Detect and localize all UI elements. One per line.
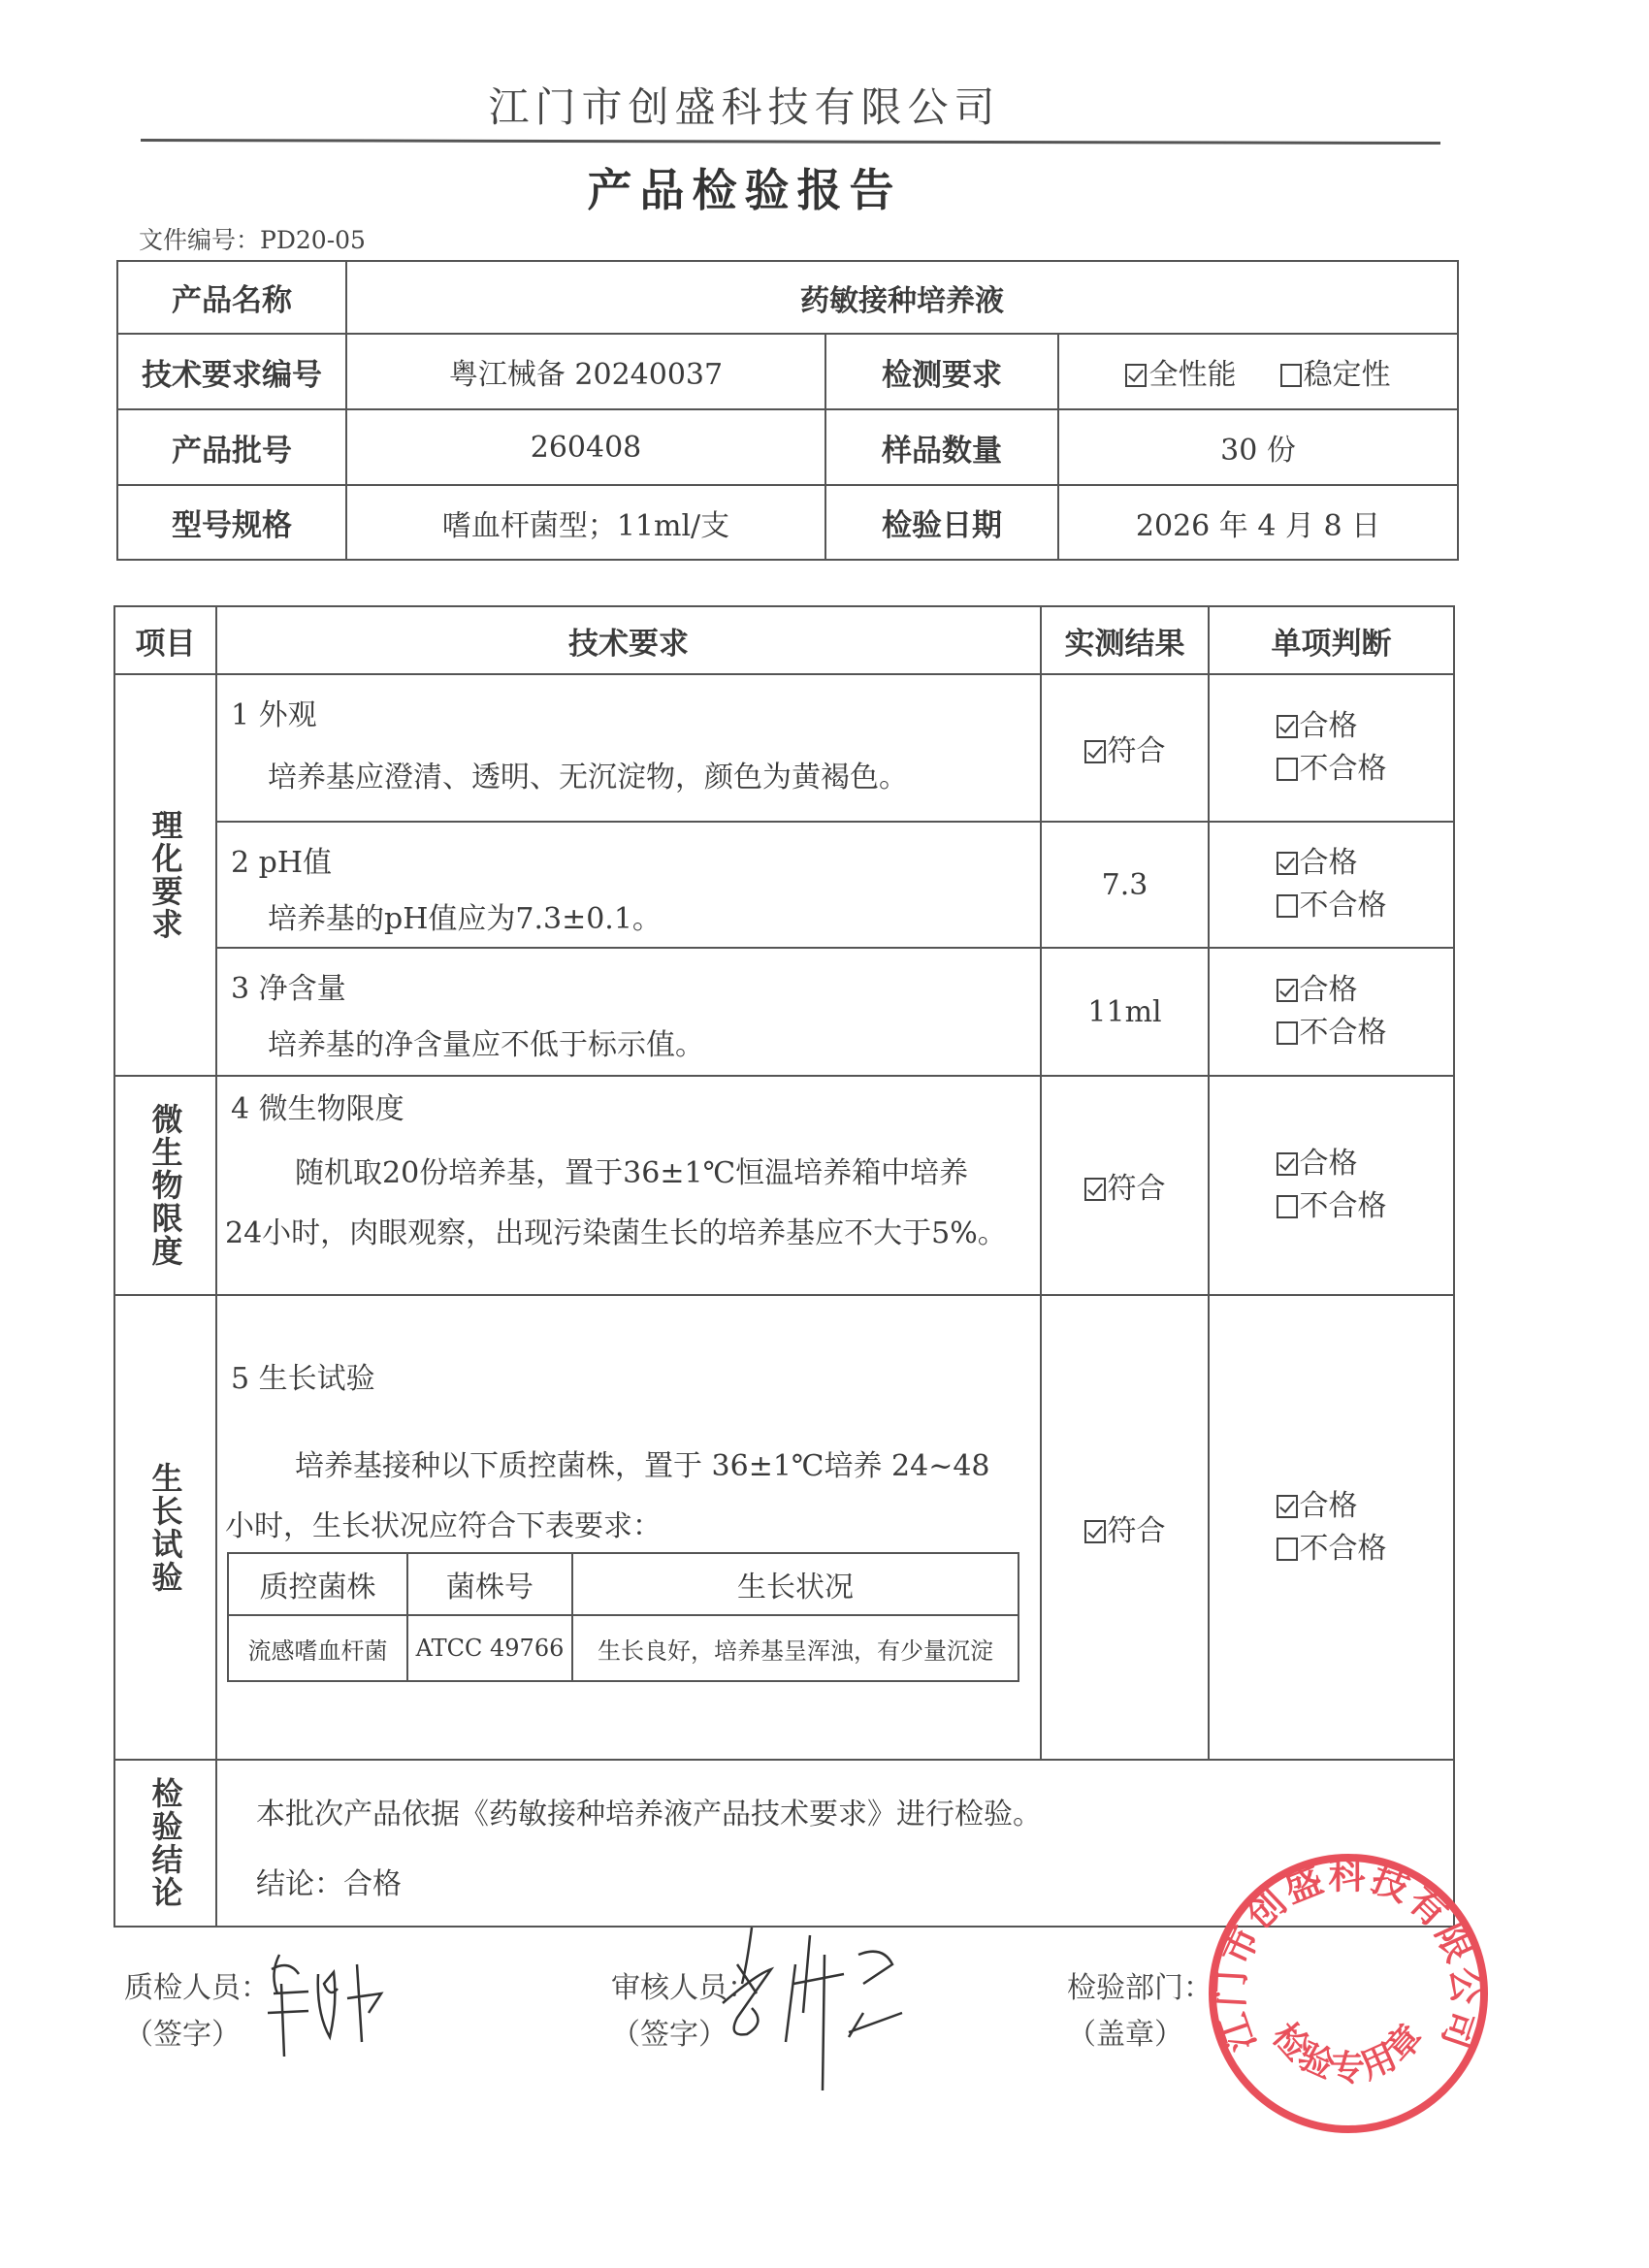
table-row: 2 pH值 培养基的pH值应为7.3±0.1。 7.3 合格不合格 xyxy=(114,822,1454,948)
test-date-value: 2026 年 4 月 8 日 xyxy=(1058,485,1458,560)
checkbox-pass xyxy=(1277,979,1298,1002)
growth-status-cell: 生长良好，培养基呈浑浊，有少量沉淀 xyxy=(572,1615,1018,1681)
judge-cell: 合格不合格 xyxy=(1209,674,1454,822)
judge-cell: 合格不合格 xyxy=(1209,1295,1454,1760)
checkbox-pass xyxy=(1277,715,1298,738)
checkbox-fail xyxy=(1277,894,1298,918)
checkbox-fail xyxy=(1277,1021,1298,1045)
checkbox-full-performance xyxy=(1125,364,1147,387)
result-cell: 7.3 xyxy=(1041,822,1209,948)
option-stability: 稳定性 xyxy=(1304,358,1391,392)
req-title: 3 净含量 xyxy=(217,949,1040,1007)
table-row: 生长试验 5 生长试验 培养基接种以下质控菌株，置于 36±1℃培养 24~48… xyxy=(114,1295,1454,1760)
official-seal-stamp: 江门市创盛科技有限公司 检验专用章 xyxy=(1203,1848,1494,2139)
req-title: 5 生长试验 xyxy=(217,1296,1040,1397)
report-title: 产品检验报告 xyxy=(0,155,1489,219)
strain-header: 质控菌株 xyxy=(228,1553,407,1615)
result-cell: 符合 xyxy=(1041,674,1209,822)
judge-cell: 合格不合格 xyxy=(1209,948,1454,1076)
inspection-table: 项目 技术要求 实测结果 单项判断 理化要求 1 外观 培养基应澄清、透明、无沉… xyxy=(113,605,1455,1928)
checkbox-conform xyxy=(1084,1178,1106,1201)
result-cell: 符合 xyxy=(1041,1076,1209,1295)
req-body-line2: 小时，生长状况应符合下表要求： xyxy=(217,1484,1040,1544)
result-cell: 符合 xyxy=(1041,1295,1209,1760)
strain-no-header: 菌株号 xyxy=(407,1553,572,1615)
batch-label: 产品批号 xyxy=(117,409,346,485)
checkbox-conform xyxy=(1084,1520,1106,1543)
doc-number-label: 文件编号： xyxy=(139,226,260,254)
table-row: 理化要求 1 外观 培养基应澄清、透明、无沉淀物，颜色为黄褐色。 符合 合格不合… xyxy=(114,674,1454,822)
req-body: 培养基的净含量应不低于标示值。 xyxy=(217,1007,1040,1063)
category-physchem: 理化要求 xyxy=(114,674,216,1076)
dept-label: 检验部门： xyxy=(1067,1967,1212,2010)
seal-inner-text: 检验专用章 xyxy=(1264,2015,1432,2088)
dept-seal-block: 检验部门： （盖章） xyxy=(1067,1967,1212,2053)
checkbox-fail xyxy=(1277,1195,1298,1218)
doc-number-value: PD20-05 xyxy=(260,226,366,254)
option-full-performance: 全性能 xyxy=(1148,358,1236,392)
company-name: 江门市创盛科技有限公司 xyxy=(0,76,1489,134)
sample-qty-value: 30 份 xyxy=(1058,409,1458,485)
svg-text:江门市创盛科技有限公司: 江门市创盛科技有限公司 xyxy=(1209,1855,1488,2057)
svg-text:检验专用章: 检验专用章 xyxy=(1264,2015,1432,2088)
category-conclusion: 检验结论 xyxy=(114,1760,216,1927)
category-micro: 微生物限度 xyxy=(114,1076,216,1295)
checkbox-conform xyxy=(1084,740,1106,763)
checkbox-pass xyxy=(1277,1495,1298,1518)
growth-status-header: 生长状况 xyxy=(572,1553,1018,1615)
test-req-label: 检测要求 xyxy=(825,334,1058,409)
seal-outer-text: 江门市创盛科技有限公司 xyxy=(1209,1855,1488,2057)
req-body-line2: 24小时，肉眼观察，出现污染菌生长的培养基应不大于5%。 xyxy=(217,1191,1040,1251)
tech-req-no-value: 粤江械备 20240037 xyxy=(346,334,825,409)
batch-value: 260408 xyxy=(346,409,825,485)
growth-strain-table: 质控菌株 菌株号 生长状况 流感嗜血杆菌 ATCC 49766 生长良好，培养基… xyxy=(227,1552,1019,1682)
strain-cell: 流感嗜血杆菌 xyxy=(228,1615,407,1681)
category-growth: 生长试验 xyxy=(114,1295,216,1760)
reviewer-handwritten-signature xyxy=(718,1926,989,2090)
judge-cell: 合格不合格 xyxy=(1209,822,1454,948)
checkbox-pass xyxy=(1277,852,1298,875)
product-name-value: 药敏接种培养液 xyxy=(346,261,1458,334)
req-title: 1 外观 xyxy=(217,675,1040,733)
dept-sub: （盖章） xyxy=(1067,2010,1212,2053)
header-rule xyxy=(141,139,1440,145)
judge-cell: 合格不合格 xyxy=(1209,1076,1454,1295)
checkbox-fail xyxy=(1277,758,1298,781)
req-title: 4 微生物限度 xyxy=(217,1077,1040,1127)
req-title: 2 pH值 xyxy=(217,823,1040,881)
inspector-handwritten-signature xyxy=(260,1945,435,2061)
test-req-options: 全性能 稳定性 xyxy=(1058,334,1458,409)
checkbox-pass xyxy=(1277,1152,1298,1176)
sample-qty-label: 样品数量 xyxy=(825,409,1058,485)
result-cell: 11ml xyxy=(1041,948,1209,1076)
req-body-line1: 随机取20份培养基，置于36±1℃恒温培养箱中培养 xyxy=(217,1127,1040,1191)
inspector-sub: （签字） xyxy=(124,2010,270,2053)
inspector-signature-block: 质检人员： （签字） xyxy=(124,1967,270,2053)
table-row: 微生物限度 4 微生物限度 随机取20份培养基，置于36±1℃恒温培养箱中培养 … xyxy=(114,1076,1454,1295)
tech-req-no-label: 技术要求编号 xyxy=(117,334,346,409)
table-row: 流感嗜血杆菌 ATCC 49766 生长良好，培养基呈浑浊，有少量沉淀 xyxy=(228,1615,1018,1681)
req-body: 培养基的pH值应为7.3±0.1。 xyxy=(217,881,1040,937)
doc-number: 文件编号：PD20-05 xyxy=(139,221,366,256)
header-result: 实测结果 xyxy=(1041,606,1209,674)
checkbox-stability xyxy=(1280,364,1302,387)
conclusion-basis: 本批次产品依据《药敏接种培养液产品技术要求》进行检验。 xyxy=(217,1761,1453,1832)
req-body-line1: 培养基接种以下质控菌株，置于 36±1℃培养 24~48 xyxy=(217,1397,1040,1484)
model-label: 型号规格 xyxy=(117,485,346,560)
model-value: 嗜血杆菌型；11ml/支 xyxy=(346,485,825,560)
req-body: 培养基应澄清、透明、无沉淀物，颜色为黄褐色。 xyxy=(217,733,1040,795)
table-row: 3 净含量 培养基的净含量应不低于标示值。 11ml 合格不合格 xyxy=(114,948,1454,1076)
header-judgement: 单项判断 xyxy=(1209,606,1454,674)
inspector-label: 质检人员： xyxy=(124,1967,270,2010)
header-item: 项目 xyxy=(114,606,216,674)
checkbox-fail xyxy=(1277,1538,1298,1561)
header-requirement: 技术要求 xyxy=(216,606,1041,674)
strain-no-cell: ATCC 49766 xyxy=(407,1615,572,1681)
product-name-label: 产品名称 xyxy=(117,261,346,334)
test-date-label: 检验日期 xyxy=(825,485,1058,560)
product-info-table: 产品名称 药敏接种培养液 技术要求编号 粤江械备 20240037 检测要求 全… xyxy=(116,260,1459,561)
